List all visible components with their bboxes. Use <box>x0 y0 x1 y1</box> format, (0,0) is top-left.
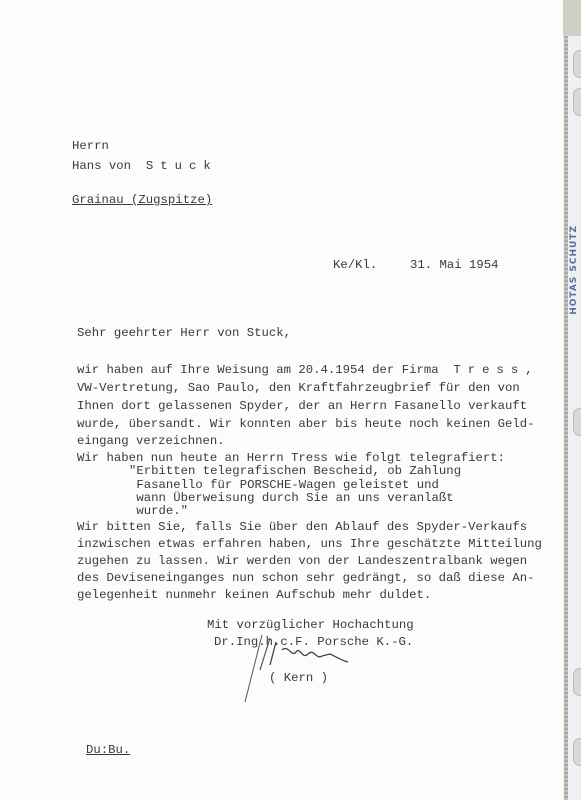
punch-hole-icon <box>573 738 581 766</box>
recipient-name-prefix: Hans von <box>72 159 131 173</box>
letter-date: 31. Mai 1954 <box>410 259 499 271</box>
punch-hole-icon <box>573 408 581 436</box>
body-line: wurde, übersandt. Wir konnten aber bis h… <box>77 418 535 430</box>
punch-hole-icon <box>573 50 581 78</box>
body-line: gelegenheit nunmehr keinen Aufschub mehr… <box>77 589 431 601</box>
footer-initials: Du:Bu. <box>86 744 130 756</box>
telegram-line: wann Überweisung durch Sie an uns veranl… <box>129 492 454 504</box>
body-line: eingang verzeichnen. <box>77 435 225 447</box>
recipient-salutation: Herrn <box>72 140 109 152</box>
body-line: VW-Vertretung, Sao Paulo, den Kraftfahrz… <box>77 382 520 394</box>
firm-name-spaced: Tress, <box>453 363 539 377</box>
body-line: wir haben auf Ihre Weisung am 20.4.1954 … <box>77 364 540 376</box>
protector-top-band <box>563 0 581 36</box>
letter-page: Herrn Hans von Stuck Grainau (Zugspitze)… <box>0 0 563 800</box>
protector-perforation <box>564 36 568 800</box>
body-line: Ihnen dort gelassenen Spyder, der an Her… <box>77 400 527 412</box>
recipient-surname: Stuck <box>146 159 218 173</box>
body-line: zugehen zu lassen. Wir werden von der La… <box>77 555 527 567</box>
handwritten-signature <box>240 630 370 705</box>
telegram-line: wurde." <box>129 505 188 517</box>
reference-initials: Ke/Kl. <box>333 259 377 271</box>
greeting: Sehr geehrter Herr von Stuck, <box>77 327 291 339</box>
body-line: des Deviseneinganges nun schon sehr gedr… <box>77 572 535 584</box>
punch-hole-icon <box>573 668 581 696</box>
sheet-protector-edge: HOTAS SCHUTZ <box>563 0 581 800</box>
body-line: Wir bitten Sie, falls Sie über den Ablau… <box>77 521 527 533</box>
punch-hole-icon <box>573 88 581 116</box>
recipient-name: Hans von Stuck <box>72 160 218 172</box>
signatory-name: ( Kern ) <box>269 672 328 684</box>
recipient-location: Grainau (Zugspitze) <box>72 194 212 206</box>
body-line: inzwischen etwas erfahren haben, uns Ihr… <box>77 538 542 550</box>
telegram-line: "Erbitten telegrafischen Bescheid, ob Za… <box>129 466 461 478</box>
body-line: Wir haben nun heute an Herrn Tress wie f… <box>77 452 505 464</box>
telegram-line: Fasanello für PORSCHE-Wagen geleistet un… <box>129 479 439 491</box>
protector-label: HOTAS SCHUTZ <box>569 225 579 315</box>
